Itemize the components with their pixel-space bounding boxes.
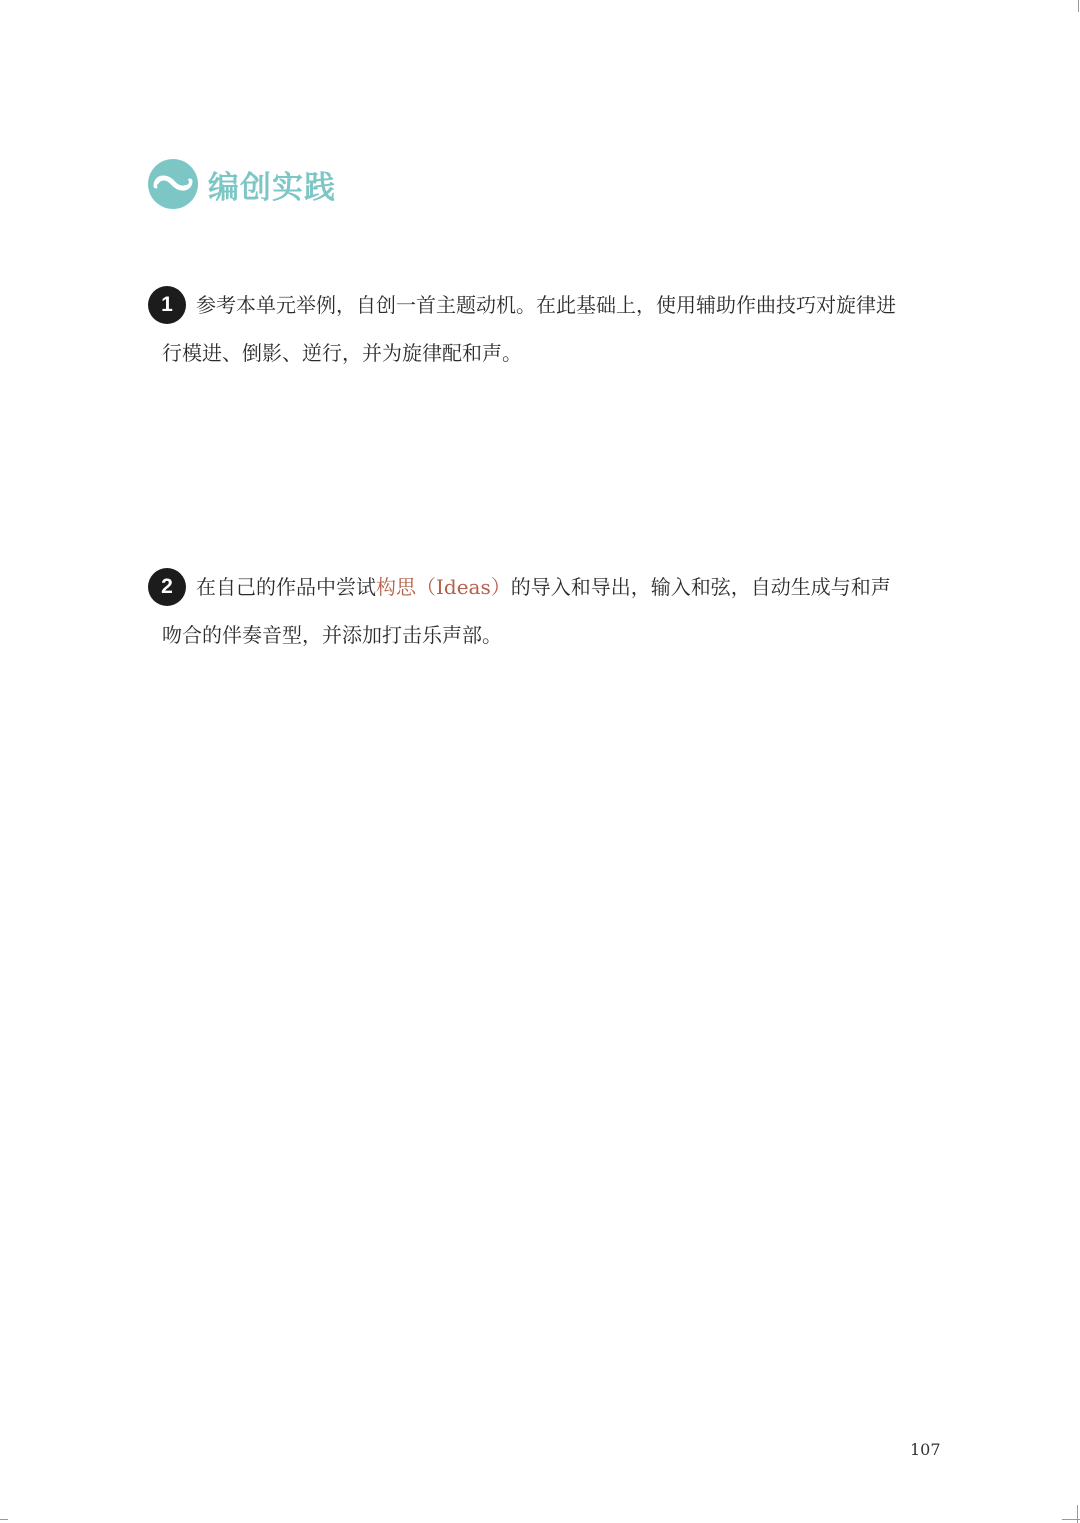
ideas-highlight: 构思（Ideas） — [376, 575, 511, 599]
task-text-post: 的导入和导出，输入和弦，自动生成与和声 — [511, 575, 891, 599]
task-text-line-1: 参考本单元举例，自创一首主题动机。在此基础上，使用辅助作曲技巧对旋律进 — [196, 293, 896, 317]
task-number-badge: 2 — [148, 568, 186, 606]
wave-circle-icon — [148, 159, 198, 209]
crop-mark — [1078, 0, 1079, 12]
task-text-line-2: 吻合的伴奏音型，并添加打击乐声部。 — [148, 611, 968, 659]
task-text-pre: 在自己的作品中尝试 — [196, 575, 376, 599]
task-2: 2在自己的作品中尝试构思（Ideas）的导入和导出，输入和弦，自动生成与和声 吻… — [148, 563, 968, 659]
section-title: 编创实践 — [208, 162, 336, 207]
page-number: 107 — [910, 1440, 941, 1459]
section-header: 编创实践 — [148, 158, 336, 210]
crop-mark — [1077, 1505, 1078, 1523]
crop-mark — [0, 1519, 8, 1520]
task-text-line-2: 行模进、倒影、逆行，并为旋律配和声。 — [148, 329, 968, 377]
task-1: 1参考本单元举例，自创一首主题动机。在此基础上，使用辅助作曲技巧对旋律进 行模进… — [148, 281, 968, 377]
task-number-badge: 1 — [148, 286, 186, 324]
